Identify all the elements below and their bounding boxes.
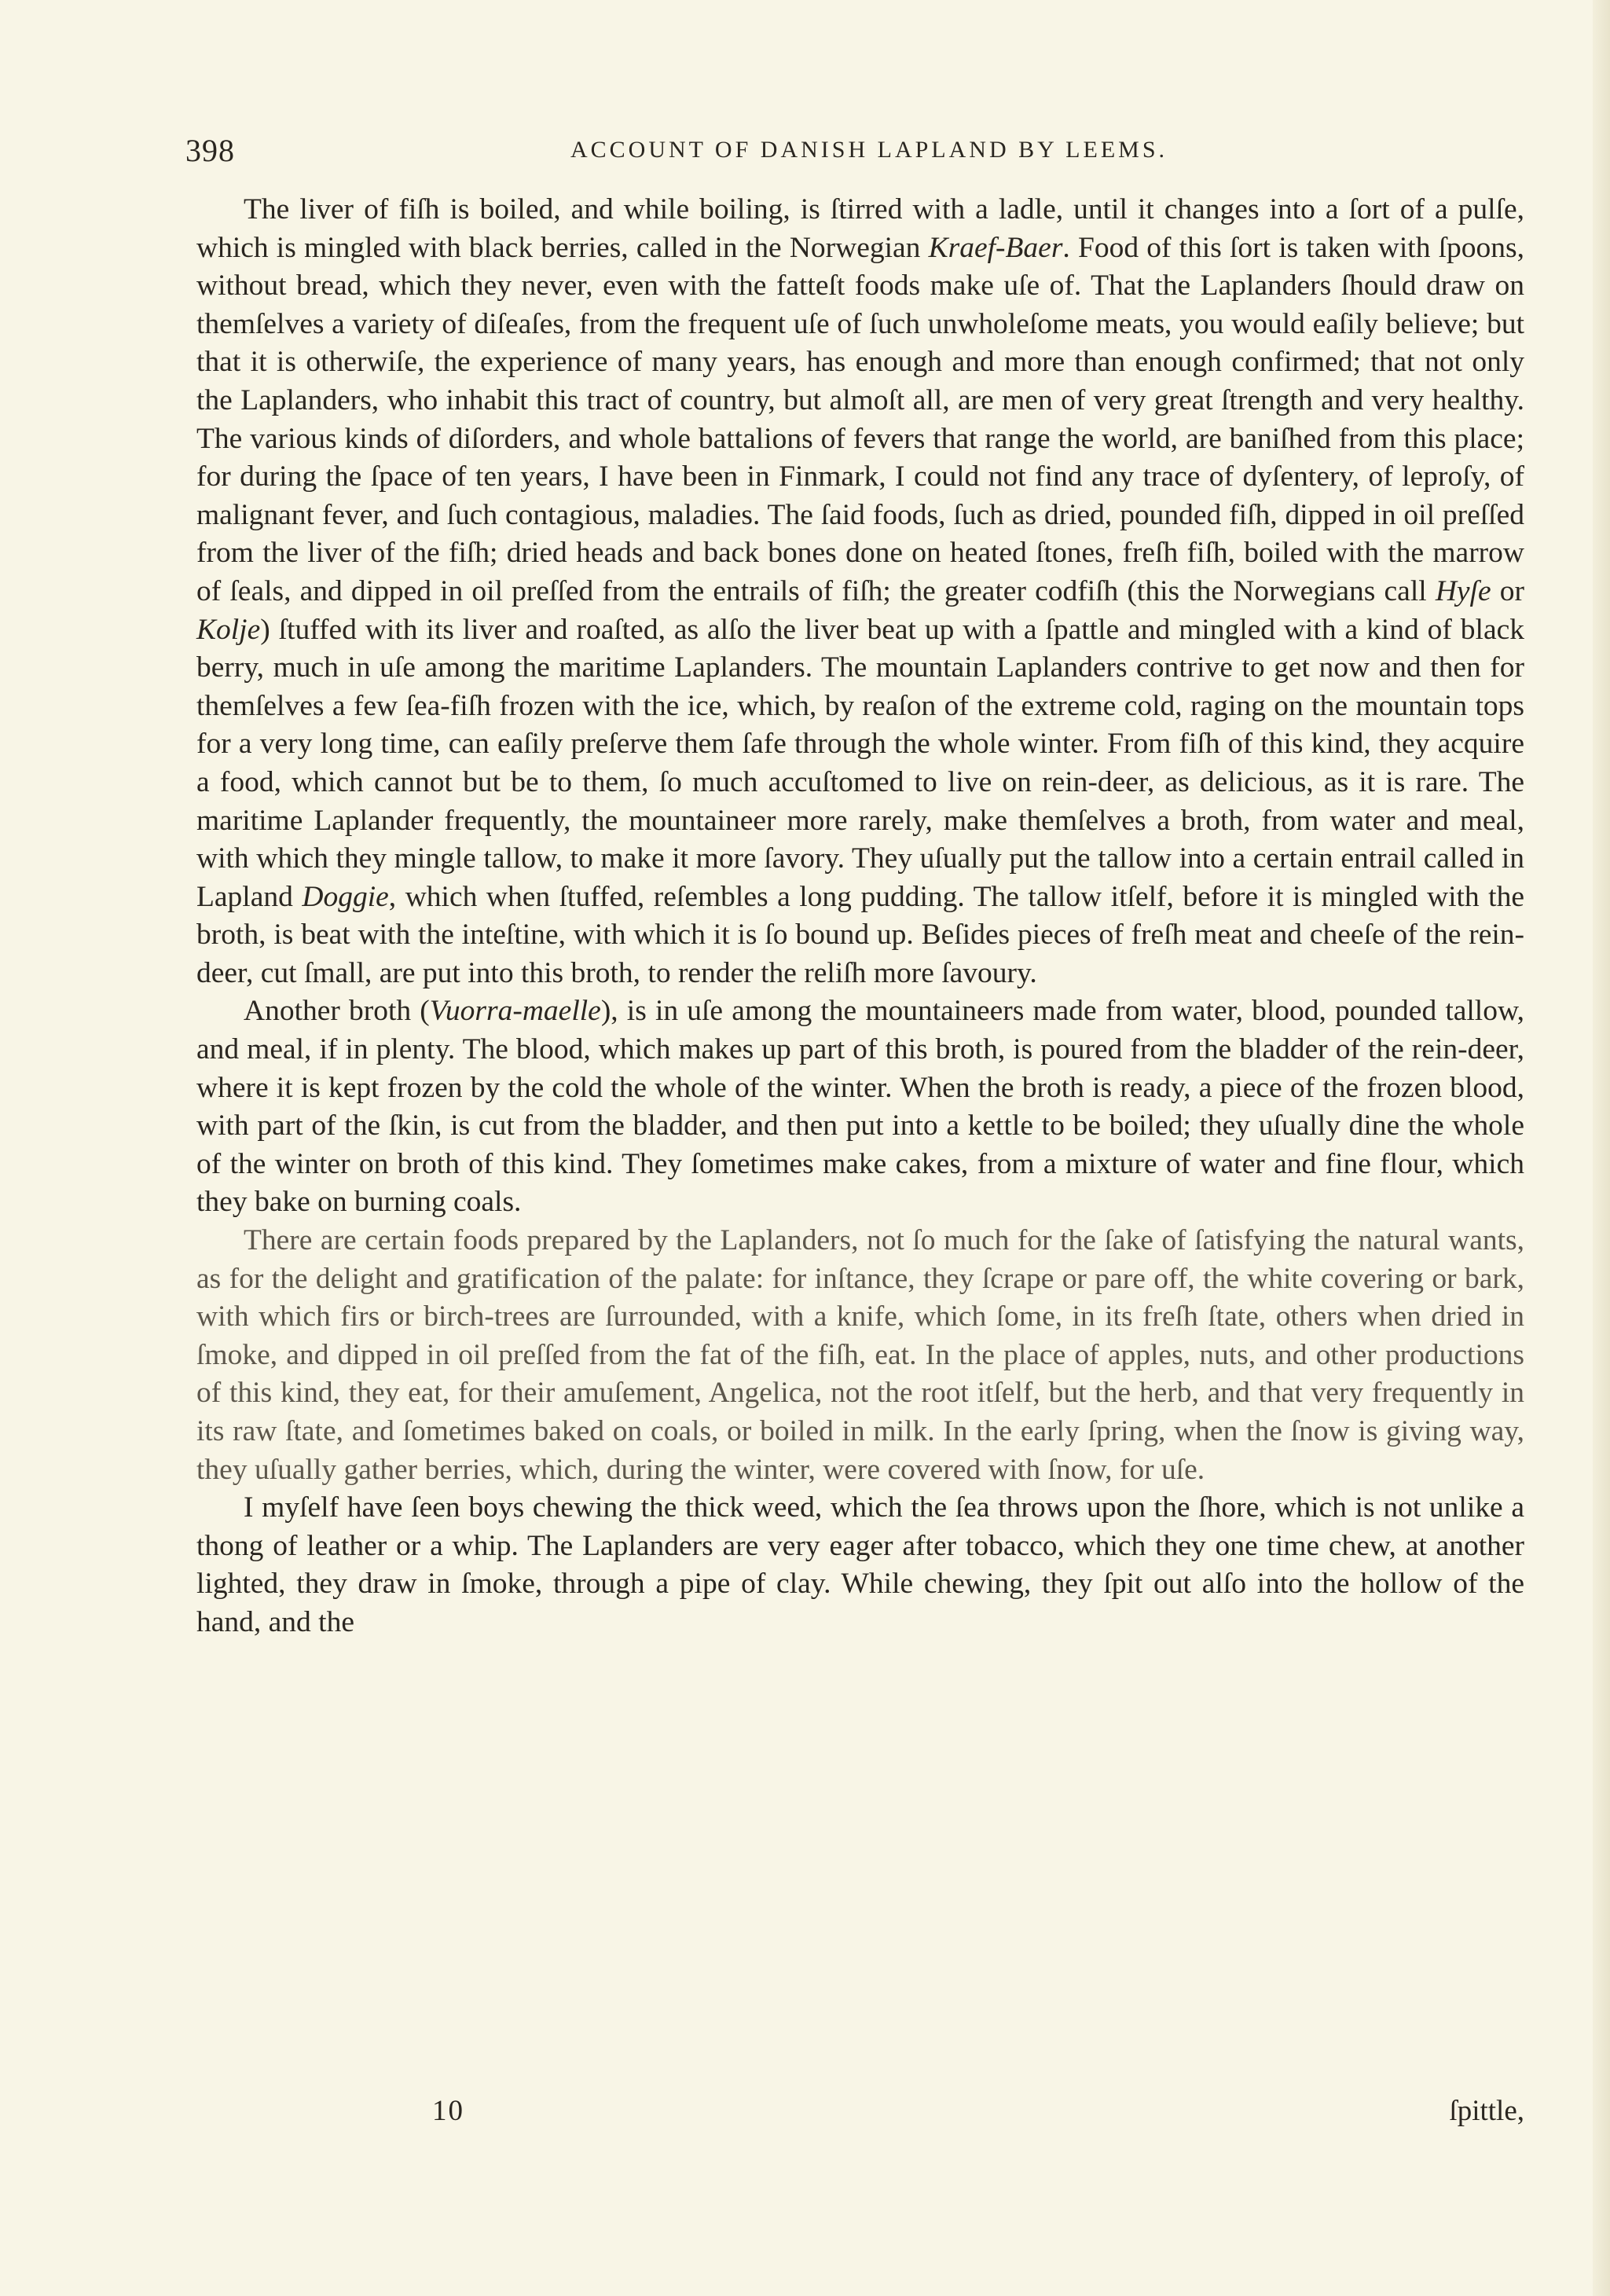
page-edge bbox=[1593, 0, 1610, 2296]
text-run: ) ſtuffed with its liver and roaſted, as… bbox=[196, 614, 1524, 913]
catchword: ſpittle, bbox=[1449, 2094, 1524, 2128]
text-run: , which when ſtuffed, reſembles a long p… bbox=[196, 881, 1524, 989]
body-text: The liver of fiſh is boiled, and while b… bbox=[196, 191, 1524, 1642]
italic-term: Hyſe bbox=[1436, 575, 1491, 607]
text-run: I myſelf have ſeen boys chewing the thic… bbox=[196, 1491, 1524, 1638]
italic-term: Doggie bbox=[302, 881, 388, 913]
page-header: 398 ACCOUNT OF DANISH LAPLAND BY LEEMS. bbox=[185, 132, 1553, 179]
paragraph-4: I myſelf have ſeen boys chewing the thic… bbox=[196, 1489, 1524, 1641]
paragraph-2: Another broth (Vuorra-maelle), is in uſe… bbox=[196, 992, 1524, 1222]
italic-term: Kraef-Baer bbox=[929, 232, 1063, 264]
text-run: or bbox=[1491, 575, 1524, 607]
signature-mark: 10 bbox=[432, 2094, 464, 2128]
text-run: . Food of this ſort is taken with ſpoons… bbox=[196, 232, 1524, 607]
text-run: There are certain foods prepared by the … bbox=[196, 1224, 1524, 1486]
paragraph-3: There are certain foods prepared by the … bbox=[196, 1222, 1524, 1489]
running-head: ACCOUNT OF DANISH LAPLAND BY LEEMS. bbox=[185, 137, 1553, 163]
page-footer: 10 ſpittle, bbox=[196, 2094, 1524, 2133]
italic-term: Kolje bbox=[196, 614, 260, 646]
paragraph-1: The liver of fiſh is boiled, and while b… bbox=[196, 191, 1524, 992]
text-run: Another broth ( bbox=[244, 995, 430, 1027]
italic-term: Vuorra-maelle bbox=[430, 995, 601, 1027]
text-run: ), is in uſe among the mountaineers made… bbox=[196, 995, 1524, 1218]
